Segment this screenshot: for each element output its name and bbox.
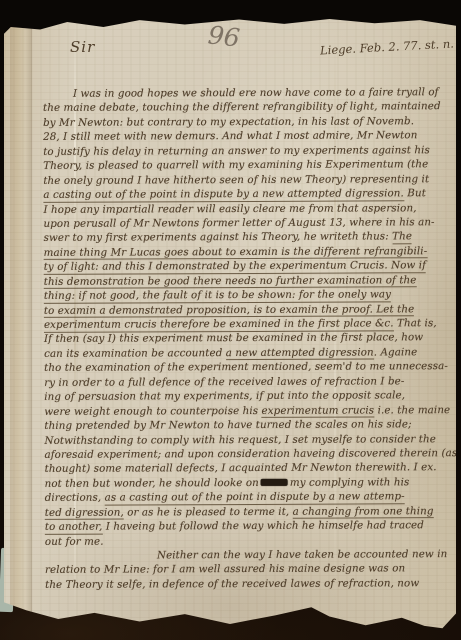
handwritten-text: or as he is pleased to terme it, — [124, 505, 293, 518]
handwritten-text: the Theory it selfe, in defence of the r… — [45, 577, 419, 591]
handwritten-text: tho the examination of the experiment me… — [44, 360, 448, 374]
handwritten-text: ry in order to a full defence of the rec… — [44, 375, 404, 389]
handwritten-text: aforesaid experiment; and upon considera… — [44, 447, 461, 461]
handwritten-text: swer to my first experiments against his… — [44, 231, 393, 245]
handwritten-text: i.e. the maine — [374, 404, 450, 416]
manuscript-line: tho the examination of the experiment me… — [44, 359, 448, 375]
handwritten-text: thought) some materiall defects, I acqua… — [45, 462, 437, 476]
handwritten-text: the onely ground I have hitherto seen of… — [43, 173, 429, 187]
redaction-mark — [261, 479, 288, 486]
manuscript-line: If then (say I) this experiment must be … — [44, 331, 448, 347]
handwritten-text: can its examination be accounted — [44, 347, 226, 360]
manuscript-line: a casting out of the point in dispute by… — [43, 186, 447, 202]
handwritten-text: I hope any impartiall reader will easily… — [43, 202, 416, 216]
handwritten-text: ing of persuasion that my experiments, i… — [44, 389, 405, 403]
manuscript-line: swer to my first experiments against his… — [44, 229, 448, 245]
handwritten-text: Notwithstanding to comply with his reque… — [44, 433, 435, 447]
handwritten-text: were weight enough to counterpoise his — [44, 405, 261, 418]
handwritten-text: my complying with his — [290, 476, 410, 489]
underlined-text: to another, — [45, 521, 103, 535]
underlined-text: experimentum crucis — [261, 404, 374, 418]
underlined-text: as a casting out of the point in dispute… — [105, 491, 405, 506]
underlined-text: thing: if not good, the fault of it is t… — [44, 288, 391, 303]
underlined-text: a changing from one thing — [293, 505, 434, 519]
manuscript-line: the maine debate, touching the different… — [43, 100, 447, 116]
handwritten-text: Neither can the way I have taken be acco… — [157, 548, 447, 561]
handwritten-text: Theory, is pleased to quarrell with my e… — [43, 158, 428, 172]
handwritten-text: by Mr Newton: but contrary to my expecta… — [43, 115, 414, 129]
underlined-text: The — [392, 231, 412, 245]
manuscript-line: to another, I haveing but followd the wa… — [45, 518, 449, 534]
manuscript-line: relation to Mr Line: for I am well assur… — [45, 562, 449, 578]
handwritten-text: 28, I still meet with new demurs. And wh… — [43, 130, 417, 144]
handwritten-text: That is, — [394, 317, 437, 329]
handwritten-text: thing pretended by Mr Newton to have tur… — [44, 418, 411, 432]
handwritten-text: directions, — [45, 492, 105, 504]
manuscript-line: thing: if not good, the fault of it is t… — [44, 287, 448, 303]
handwritten-text: I was in good hopes we should ere now ha… — [73, 86, 439, 100]
manuscript-line: 28, I still meet with new demurs. And wh… — [43, 128, 447, 144]
underlined-text: ted digression, — [45, 506, 124, 520]
salutation: Sir — [70, 38, 95, 56]
handwritten-text: upon perusall of Mr Newtons former lette… — [43, 216, 434, 230]
manuscript-line: thing pretended by Mr Newton to have tur… — [44, 417, 448, 433]
handwritten-text: relation to Mr Line: for I am well assur… — [45, 563, 405, 577]
handwritten-text: If then (say I) this experiment must be … — [44, 332, 423, 346]
underlined-text: a new attempted digression — [226, 346, 374, 360]
manuscript-line: ty of light: and this I demonstrated by … — [44, 258, 448, 274]
handwritten-text: But — [404, 187, 426, 199]
handwritten-text: not then but wonder, he should looke on — [45, 477, 259, 490]
underlined-text: a casting out of the point in dispute by… — [43, 187, 404, 202]
handwritten-text: out for me. — [45, 535, 104, 547]
manuscript-line: ing of persuasion that my experiments, i… — [44, 388, 448, 404]
handwritten-text: I haveing but followd the way which he h… — [102, 519, 424, 532]
letter-body: I was in good hopes we should ere now ha… — [43, 85, 449, 592]
handwritten-text: . Againe — [374, 346, 418, 358]
manuscript-line: the Theory it selfe, in defence of the r… — [45, 576, 449, 592]
manuscript-line: thought) some materiall defects, I acqua… — [45, 460, 449, 476]
handwritten-text: to justify his delay in returning an ans… — [43, 144, 430, 158]
underlined-text: ty of light: and this I demonstrated by … — [44, 259, 426, 274]
manuscript-line: directions, as a casting out of the poin… — [45, 489, 449, 505]
handwritten-text: the maine debate, touching the different… — [43, 101, 441, 115]
folio-number-annotation: 96 — [207, 20, 242, 52]
manuscript-paper: Sir 96 Liege. Feb. 2. 77. st. n. I was i… — [4, 14, 456, 632]
manuscript-line: Theory, is pleased to quarrell with my e… — [43, 157, 447, 173]
